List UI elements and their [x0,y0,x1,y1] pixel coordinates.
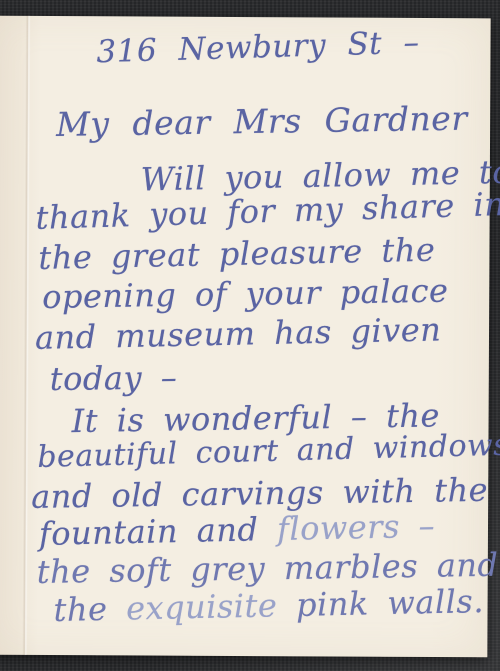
handwriting-line: today – [50,360,178,397]
salutation-line: My dear Mrs Gardner [56,101,468,144]
handwriting-segment: pink walls. [277,582,484,624]
handwriting-segment-faded: flowers – [277,507,436,548]
address-line: 316 Newbury St – [96,26,420,70]
handwriting-line: the exquisite pink walls. [53,584,484,628]
fold-crease [22,16,30,655]
handwriting-line: thank you for my share in [35,187,500,236]
handwriting-segment-faded: exquisite [126,586,278,627]
handwriting-segment: fountain and [39,510,278,553]
handwriting-line: fountain and flowers – [39,509,436,552]
handwriting-line: opening of your palace [42,274,449,316]
handwriting-segment: the [53,590,126,630]
handwriting-line: the great pleasure the [38,233,436,276]
handwriting-line: and museum has given [35,312,442,356]
letter-page: 316 Newbury St – My dear Mrs Gardner Wil… [0,16,491,658]
letter-photograph-background: 316 Newbury St – My dear Mrs Gardner Wil… [0,0,500,671]
